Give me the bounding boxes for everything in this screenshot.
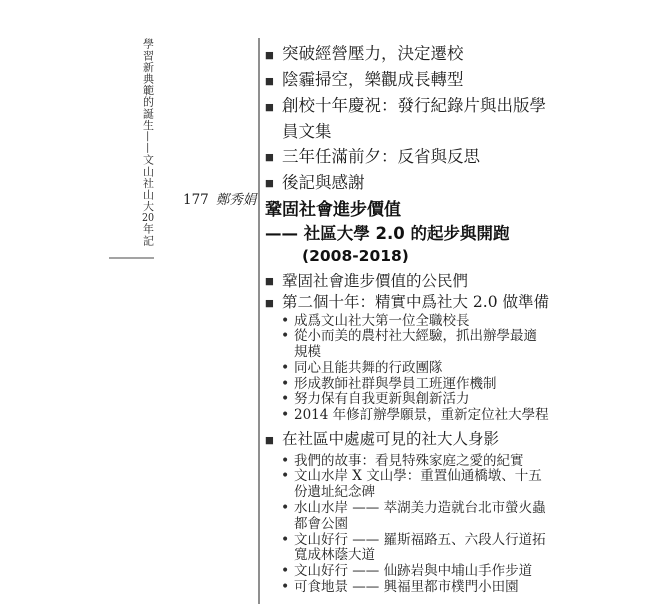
dot-bullet-icon: •: [281, 501, 294, 517]
toc-item: ■鞏固社會進步價值的公民們: [265, 271, 595, 293]
toc-top-list: ■突破經營壓力，決定遷校 ■陰霾掃空，樂觀成長轉型 ■創校十年慶祝：發行紀錄片與…: [265, 42, 595, 197]
dot-bullet-icon: •: [281, 392, 294, 408]
toc-sub-item-text: 形成教師社群與學員工班運作機制: [294, 376, 497, 392]
toc-item-wrap: 員文集: [265, 120, 595, 145]
toc-item: ■陰霾掃空，樂觀成長轉型: [265, 68, 595, 94]
toc-sub-item: •可食地景 —— 興福里都市樸門小田園: [265, 580, 595, 596]
chapter-subtitle: —— 社區大學 2.0 的起步與開跑: [265, 222, 595, 245]
toc-sub-item: •水山水岸 —— 萃湖美力造就台北市螢火蟲: [265, 501, 595, 517]
toc-sub-item: •努力保有自我更新與創新活力: [265, 392, 595, 408]
spine-title-number: 20: [142, 212, 155, 223]
square-bullet-icon: ■: [265, 70, 282, 95]
dot-bullet-icon: •: [281, 469, 294, 485]
toc-sub-item: •從小而美的農村社大經驗，抓出辦學最適: [265, 329, 595, 345]
toc-sub-item-text: 2014 年修訂辦學願景，重新定位社大學程: [294, 407, 549, 423]
toc-item-text: 在社區中處處可見的社大人身影: [282, 430, 499, 448]
toc-sub-item-text: 寬成林蔭大道: [294, 547, 375, 563]
toc-sub-item: •成爲文山社大第一位全職校長: [265, 314, 595, 330]
toc-sub-item-text: 同心且能共舞的行政團隊: [294, 360, 443, 376]
toc-item-text: 後記與感謝: [282, 173, 365, 192]
dot-bullet-icon: •: [281, 314, 294, 330]
toc-sub-item: •文山水岸 X 文山學：重置仙通橋墩、十五: [265, 469, 595, 485]
toc-item-text: 創校十年慶祝：發行紀錄片與出版學: [282, 96, 546, 115]
toc-sub-item-text: 成爲文山社大第一位全職校長: [294, 313, 470, 329]
toc-item: ■創校十年慶祝：發行紀錄片與出版學: [265, 94, 595, 120]
toc-sub-item-text: 水山水岸 —— 萃湖美力造就台北市螢火蟲: [294, 500, 546, 516]
spine-title-segment: 學習新典範的誕生——文山社山大: [142, 38, 155, 212]
toc-sub-item-text: 都會公園: [294, 516, 348, 532]
spine-title: 學習新典範的誕生——文山社山大20年記: [139, 38, 156, 246]
square-bullet-icon: ■: [265, 96, 282, 121]
square-bullet-icon: ■: [265, 44, 282, 69]
toc-item: ■在社區中處處可見的社大人身影: [265, 429, 595, 451]
toc-sub-item-text: 努力保有自我更新與創新活力: [294, 391, 470, 407]
toc-item-text: 鞏固社會進步價值的公民們: [282, 272, 468, 290]
toc-sub-item-wrap: 寬成林蔭大道: [265, 548, 595, 564]
toc-item: ■三年任滿前夕：反省與反思: [265, 145, 595, 171]
dot-bullet-icon: •: [281, 454, 294, 470]
chapter-years: (2008-2018): [265, 245, 595, 268]
toc-item-text: 員文集: [282, 122, 332, 141]
author-name: 鄭秀娟: [216, 192, 257, 208]
toc-mid-list: ■鞏固社會進步價值的公民們 ■第二個十年：精實中爲社大 2.0 做準備: [265, 271, 595, 314]
square-bullet-icon: ■: [265, 293, 282, 314]
toc-sub-item-text: 從小而美的農村社大經驗，抓出辦學最適: [294, 328, 537, 344]
toc-sub-item-text: 可食地景 —— 興福里都市樸門小田園: [294, 579, 519, 595]
toc-item-text: 突破經營壓力，決定遷校: [282, 44, 464, 63]
toc-item-text: 第二個十年：精實中爲社大 2.0 做準備: [282, 293, 549, 311]
toc-sub-item: •我們的故事：看見特殊家庭之愛的紀實: [265, 454, 595, 470]
square-bullet-icon: ■: [265, 172, 282, 197]
toc-item-text: 三年任滿前夕：反省與反思: [282, 147, 480, 166]
toc-item-text: 陰霾掃空，樂觀成長轉型: [282, 70, 464, 89]
entry-reference: 177鄭秀娟: [183, 188, 256, 208]
dot-bullet-icon: •: [281, 408, 294, 424]
dot-bullet-icon: •: [281, 564, 294, 580]
dot-bullet-icon: •: [281, 361, 294, 377]
toc-sub-item: •同心且能共舞的行政團隊: [265, 361, 595, 377]
dot-bullet-icon: •: [281, 329, 294, 345]
dot-bullet-icon: •: [281, 377, 294, 393]
toc-sub-item-wrap: 規模: [265, 345, 595, 361]
toc-sub-item: •文山好行 —— 羅斯福路五、六段人行道拓: [265, 533, 595, 549]
dot-bullet-icon: •: [281, 580, 294, 596]
book-page: 學習新典範的誕生——文山社山大20年記 177鄭秀娟 ■突破經營壓力，決定遷校 …: [0, 0, 655, 609]
toc-sub-item-text: 文山水岸 X 文山學：重置仙通橋墩、十五: [294, 468, 542, 484]
spine-title-segment: 年記: [142, 223, 155, 246]
dot-bullet-icon: •: [281, 533, 294, 549]
toc-sub-item-text: 文山好行 —— 仙跡岩與中埔山手作步道: [294, 563, 532, 579]
toc-item: ■第二個十年：精實中爲社大 2.0 做準備: [265, 292, 595, 314]
square-bullet-icon: ■: [265, 430, 282, 451]
toc-sub-item-text: 份遺址紀念碑: [294, 484, 375, 500]
toc-sub-item-text: 我們的故事：看見特殊家庭之愛的紀實: [294, 453, 524, 469]
square-bullet-icon: ■: [265, 271, 282, 292]
toc-sub-item-wrap: 份遺址紀念碑: [265, 485, 595, 501]
toc-item: ■後記與感謝: [265, 171, 595, 197]
toc-sub-item: •2014 年修訂辦學願景，重新定位社大學程: [265, 408, 595, 424]
toc-sub-item-text: 文山好行 —— 羅斯福路五、六段人行道拓: [294, 532, 546, 548]
toc-sub-item: •文山好行 —— 仙跡岩與中埔山手作步道: [265, 564, 595, 580]
title-underline: [109, 257, 154, 259]
toc-sub-item-wrap: 都會公園: [265, 517, 595, 533]
page-number: 177: [183, 192, 209, 208]
toc-item: ■突破經營壓力，決定遷校: [265, 42, 595, 68]
toc-content: ■突破經營壓力，決定遷校 ■陰霾掃空，樂觀成長轉型 ■創校十年慶祝：發行紀錄片與…: [265, 42, 595, 596]
chapter-heading: 鞏固社會進步價值 —— 社區大學 2.0 的起步與開跑 (2008-2018): [265, 199, 595, 268]
square-bullet-icon: ■: [265, 146, 282, 171]
chapter-title: 鞏固社會進步價值: [265, 199, 595, 222]
content-divider: [258, 38, 260, 604]
toc-sub-list-1: •成爲文山社大第一位全職校長 •從小而美的農村社大經驗，抓出辦學最適 規模 •同…: [265, 314, 595, 425]
toc-community-item: ■在社區中處處可見的社大人身影: [265, 429, 595, 451]
toc-sub-item-text: 規模: [294, 344, 321, 360]
toc-sub-list-2: •我們的故事：看見特殊家庭之愛的紀實 •文山水岸 X 文山學：重置仙通橋墩、十五…: [265, 454, 595, 596]
